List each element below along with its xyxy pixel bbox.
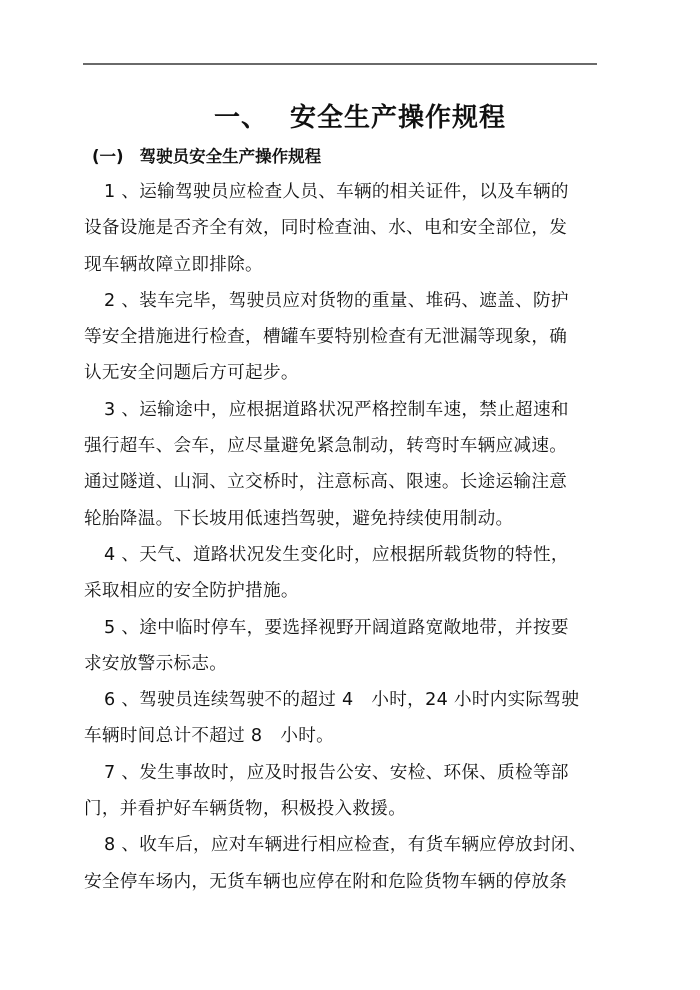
paragraph-line: 1 、运输驾驶员应检查人员、车辆的相关证件，以及车辆的 [84, 174, 600, 210]
page-title: 一、安全生产操作规程 [0, 100, 700, 136]
paragraph-2: 2 、装车完毕，驾驶员应对货物的重量、堆码、遮盖、防护 等安全措施进行检查，槽罐… [84, 283, 600, 392]
paragraph-line: 通过隧道、山洞、立交桥时，注意标高、限速。长途运输注意 [84, 464, 600, 500]
paragraph-line: 门，并看护好车辆货物，积极投入救援。 [84, 791, 600, 827]
section-title: 驾驶员安全生产操作规程 [140, 147, 322, 166]
paragraph-line: 3 、运输途中，应根据道路状况严格控制车速，禁止超速和 [84, 392, 600, 428]
paragraph-4: 4 、天气、道路状况发生变化时，应根据所载货物的特性， 采取相应的安全防护措施。 [84, 537, 600, 610]
paragraph-line: 轮胎降温。下长坡用低速挡驾驶，避免持续使用制动。 [84, 501, 600, 537]
paragraph-7: 7 、发生事故时，应及时报告公安、安检、环保、质检等部 门，并看护好车辆货物，积… [84, 755, 600, 828]
paragraph-6: 6 、驾驶员连续驾驶不的超过 4 小时，24 小时内实际驾驶 车辆时间总计不超过… [84, 682, 600, 755]
header-rule [83, 63, 597, 65]
paragraph-line: 认无安全问题后方可起步。 [84, 355, 600, 391]
title-text: 安全生产操作规程 [290, 103, 506, 133]
title-number: 一、 [214, 103, 268, 133]
paragraph-line: 强行超车、会车，应尽量避免紧急制动，转弯时车辆应减速。 [84, 428, 600, 464]
paragraph-line: 6 、驾驶员连续驾驶不的超过 4 小时，24 小时内实际驾驶 [84, 682, 600, 718]
section-heading: (一)驾驶员安全生产操作规程 [92, 145, 321, 169]
paragraph-line: 现车辆故障立即排除。 [84, 247, 600, 283]
paragraph-line: 7 、发生事故时，应及时报告公安、安检、环保、质检等部 [84, 755, 600, 791]
paragraph-line: 2 、装车完毕，驾驶员应对货物的重量、堆码、遮盖、防护 [84, 283, 600, 319]
paragraph-line: 设备设施是否齐全有效，同时检查油、水、电和安全部位，发 [84, 210, 600, 246]
paragraph-line: 求安放警示标志。 [84, 646, 600, 682]
section-number: (一) [92, 147, 124, 166]
paragraph-5: 5 、途中临时停车，要选择视野开阔道路宽敞地带，并按要 求安放警示标志。 [84, 610, 600, 683]
paragraph-line: 车辆时间总计不超过 8 小时。 [84, 718, 600, 754]
paragraph-line: 采取相应的安全防护措施。 [84, 573, 600, 609]
paragraph-8: 8 、收车后，应对车辆进行相应检查，有货车辆应停放封闭、 安全停车场内，无货车辆… [84, 827, 600, 900]
paragraph-line: 安全停车场内，无货车辆也应停在附和危险货物车辆的停放条 [84, 864, 600, 900]
paragraph-line: 5 、途中临时停车，要选择视野开阔道路宽敞地带，并按要 [84, 610, 600, 646]
document-body: 1 、运输驾驶员应检查人员、车辆的相关证件，以及车辆的 设备设施是否齐全有效，同… [84, 174, 600, 900]
paragraph-line: 等安全措施进行检查，槽罐车要特别检查有无泄漏等现象，确 [84, 319, 600, 355]
paragraph-line: 4 、天气、道路状况发生变化时，应根据所载货物的特性， [84, 537, 600, 573]
paragraph-line: 8 、收车后，应对车辆进行相应检查，有货车辆应停放封闭、 [84, 827, 600, 863]
paragraph-1: 1 、运输驾驶员应检查人员、车辆的相关证件，以及车辆的 设备设施是否齐全有效，同… [84, 174, 600, 283]
paragraph-3: 3 、运输途中，应根据道路状况严格控制车速，禁止超速和 强行超车、会车，应尽量避… [84, 392, 600, 537]
